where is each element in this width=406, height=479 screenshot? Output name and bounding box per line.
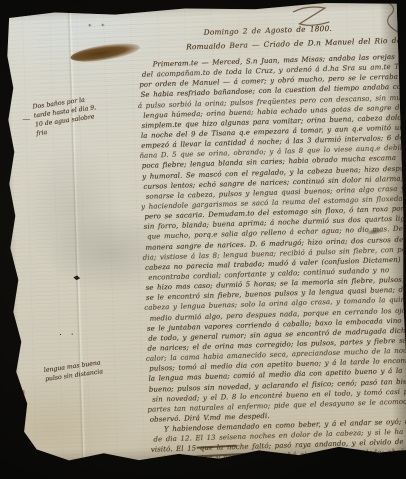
pen-flourish-icon: [381, 0, 406, 34]
heading-date-line: Domingo 2 de Agosto de 1800.: [204, 24, 333, 37]
margin-dot-marks: · ·: [59, 330, 77, 341]
manuscript-photo: ⁎ ⁎ Domingo 2 de Agosto de 1800. Romuald…: [0, 0, 406, 479]
paper-sheet: ⁎ ⁎ Domingo 2 de Agosto de 1800. Romuald…: [0, 0, 406, 468]
margin-note-upper: Dos baños por la tarde hasta el dia 9, 1…: [32, 94, 99, 138]
manuscript-body: Primeram.te — Merced, S.n Juan, mas Misa…: [139, 52, 406, 466]
margin-diamond-mark: ◆: [73, 274, 81, 282]
archive-stamp-mark: XVII: [9, 389, 26, 397]
margin-dash-mark: —: [22, 114, 30, 123]
handwriting-layer: ⁎ ⁎ Domingo 2 de Agosto de 1800. Romuald…: [0, 0, 406, 468]
pen-marks: ⁎ ⁎: [88, 21, 108, 29]
heading-patient-line: Romualdo Bera — Criado de D.n Manuel del…: [186, 35, 406, 52]
margin-note-lower: lengua mas buena pulso sin distancia: [43, 358, 103, 384]
